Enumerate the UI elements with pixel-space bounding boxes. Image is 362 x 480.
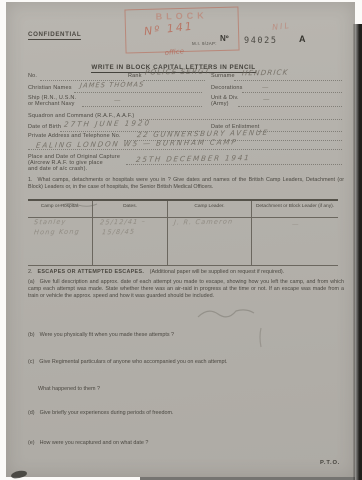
questionnaire-page: CONFIDENTIAL BLOCK Nº 141 office NIL M.I… (6, 2, 355, 477)
question-2e-label: (e) (28, 440, 35, 446)
question-2b-label: (b) (28, 332, 35, 338)
question-2-heading: 2.ESCAPES OR ATTEMPTED ESCAPES. (Additio… (28, 269, 344, 276)
entry-block-leader: — (292, 220, 301, 228)
field-christian-names-label: Christian Names (28, 85, 72, 91)
pencil-scribble (58, 201, 98, 209)
field-ship-value: — (114, 96, 123, 104)
dotted-line (74, 91, 202, 93)
dotted-line (126, 163, 342, 165)
question-2c-label: (c) (28, 359, 34, 365)
number-symbol: Nº (220, 34, 229, 43)
field-date-of-birth-value: 27TH JUNE 1920 (64, 118, 152, 129)
pto-marking: P.T.O. (320, 460, 340, 466)
entry-camp-line1: Stanley (34, 218, 67, 227)
field-decorations-label: Decorations (211, 85, 243, 91)
nil-stamp: NIL (272, 21, 292, 32)
question-2-number: 2. (28, 269, 33, 275)
dotted-line (238, 105, 342, 107)
question-2b: (b)Were you physically fit when you made… (28, 332, 344, 339)
field-ship-label-line2: or Merchant Navy (28, 101, 75, 107)
entry-dates-line2: 15/8/45 (102, 228, 136, 237)
dotted-line (242, 91, 342, 93)
camp-table-header-block-leader: Detachment or Block Leader (if any). (252, 201, 338, 218)
field-capture-label-line3: and date of a/c crash). (28, 166, 87, 172)
question-2a: (a)Give full description and approx. dat… (28, 279, 344, 300)
field-unit-div-label-line2: (Army) (211, 101, 229, 107)
question-1: 1.What camps, detachments or hospitals w… (28, 177, 344, 191)
question-2d: (d)Give briefly your experiences during … (28, 410, 344, 417)
question-2c-text: Give Regimental particulars of anyone wh… (39, 359, 227, 365)
question-2d-label: (d) (28, 410, 35, 416)
question-2c: (c)Give Regimental particulars of anyone… (28, 359, 344, 366)
field-decorations-value: — (262, 83, 271, 91)
field-surname-value: HENDRICK (242, 68, 289, 78)
dotted-line (82, 105, 202, 107)
field-surname-label: Surname (211, 73, 235, 79)
entry-camp-leader: J. R. Cameron (174, 217, 234, 226)
question-2-heading-text: ESCAPES OR ATTEMPTED ESCAPES. (38, 269, 145, 275)
question-2a-label: (a) (28, 279, 35, 285)
pencil-scribble (196, 305, 256, 321)
dotted-line (143, 79, 205, 81)
question-2c-followup: What happened to them ? (38, 386, 238, 393)
camp-table-header-leader: Camp Leader. (168, 201, 252, 218)
question-2e: (e)How were you recaptured and on what d… (28, 440, 344, 447)
dotted-line (258, 130, 342, 132)
field-rank-value: POLICE SERGT. (145, 66, 214, 76)
series-letter: A (299, 34, 306, 44)
field-date-of-birth-label: Date of Birth (28, 124, 61, 130)
confidential-marking: CONFIDENTIAL (28, 32, 81, 40)
entry-dates-line1: 25/12/41 – (100, 218, 147, 227)
scan-edge-right (353, 24, 362, 480)
field-no-label: No. (28, 73, 37, 79)
question-2e-text: How were you recaptured and on what date… (40, 440, 149, 446)
dotted-line (28, 148, 342, 150)
serial-number: 94025 (244, 36, 278, 46)
entry-camp-line2: Hong Kong (34, 228, 81, 237)
camp-table-header-dates: Dates. (93, 201, 168, 218)
scanned-document-frame: CONFIDENTIAL BLOCK Nº 141 office NIL M.I… (0, 0, 362, 480)
dotted-line (139, 118, 342, 120)
field-address-label: Private Address and Telephone No. (28, 133, 121, 139)
question-2-heading-note: (Additional paper will be supplied on re… (150, 269, 285, 275)
field-christian-names-value: JAMES THOMAS (80, 80, 145, 89)
question-1-number: 1. (28, 177, 33, 183)
form-reference: M.I. 9/JAP: (192, 41, 217, 46)
dotted-line (234, 79, 342, 81)
question-2b-text: Were you physically fit when you made th… (40, 332, 174, 338)
block-number-stamp: BLOCK Nº 141 office (124, 7, 239, 54)
question-2a-text: Give full description and approx. date o… (28, 279, 344, 299)
field-unit-div-value: — (263, 95, 272, 103)
question-1-text: What camps, detachments or hospitals wer… (28, 177, 344, 190)
question-2d-text: Give briefly your experiences during per… (40, 410, 174, 416)
stamp-block-number: Nº 141 (143, 20, 194, 39)
field-rank-label: Rank (128, 73, 142, 79)
